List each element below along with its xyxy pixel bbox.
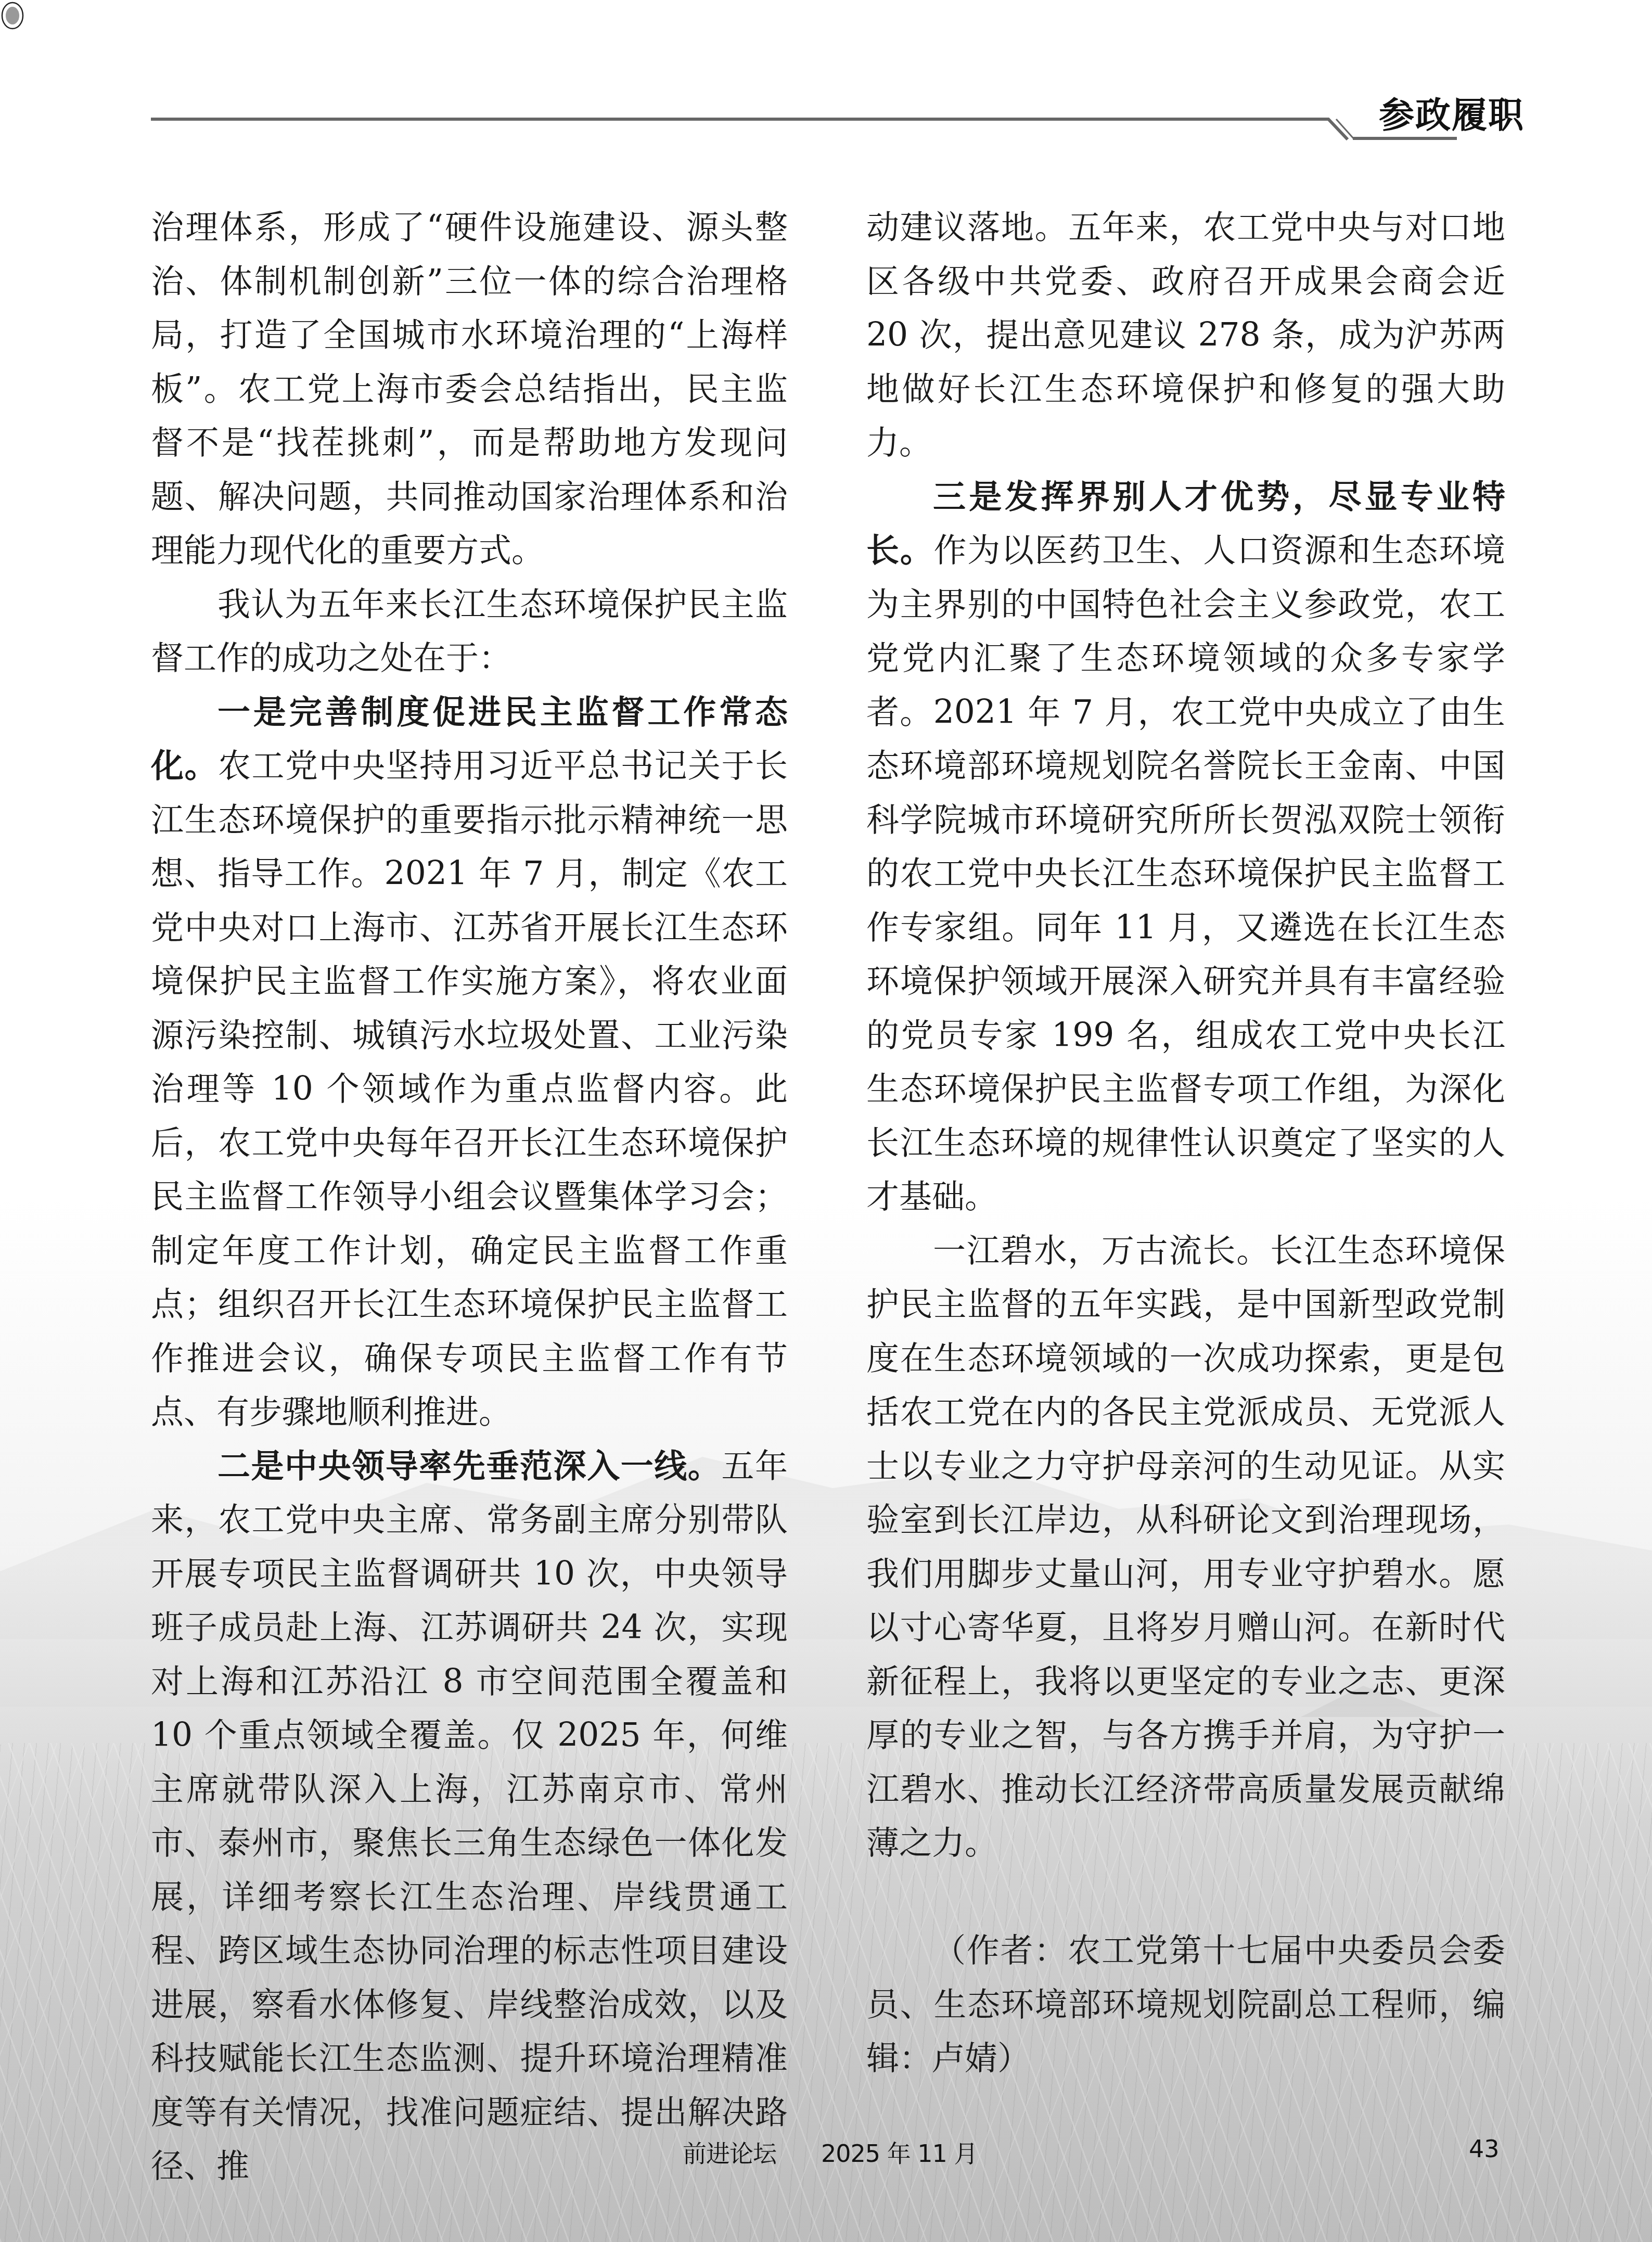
paragraph: 治理体系，形成了“硬件设施建设、源头整治、体制机制创新”三位一体的综合治理格局，… — [151, 200, 788, 578]
page-footer: 前进论坛 2025 年 11 月 43 — [0, 2131, 1652, 2172]
paragraph-text: 动建议落地。五年来，农工党中央与对口地区各级中共党委、政府召开成果会商会近 20… — [866, 208, 1505, 462]
paragraph: 一江碧水，万古流长。长江生态环境保护民主监督的五年实践，是中国新型政党制度在生态… — [866, 1224, 1505, 1870]
paragraph: 一是完善制度促进民主监督工作常态化。农工党中央坚持用习近平总书记关于长江生态环境… — [151, 685, 788, 1439]
paragraph-spacer — [866, 1870, 1505, 1924]
header-rule — [0, 0, 1652, 166]
circle-bullet-icon — [0, 0, 25, 31]
author-note: （作者：农工党第十七届中央委员会委员、生态环境部环境规划院副总工程师，编辑：卢婧… — [866, 1924, 1505, 2085]
paragraph: 二是中央领导率先垂范深入一线。五年来，农工党中央主席、常务副主席分别带队开展专项… — [151, 1439, 788, 2193]
paragraph: 我认为五年来长江生态环境保护民主监督工作的成功之处在于： — [151, 578, 788, 685]
paragraph: 三是发挥界别人才优势，尽显专业特长。作为以医药卫生、人口资源和生态环境为主界别的… — [866, 470, 1505, 1224]
section-title: 参政履职 — [1379, 87, 1525, 138]
paragraph: 动建议落地。五年来，农工党中央与对口地区各级中共党委、政府召开成果会商会近 20… — [866, 200, 1505, 470]
paragraph-text: 作为以医药卫生、人口资源和生态环境为主界别的中国特色社会主义参政党，农工党党内汇… — [866, 531, 1505, 1215]
paragraph-text: 五年来，农工党中央主席、常务副主席分别带队开展专项民主监督调研共 10 次，中央… — [151, 1447, 788, 2185]
paragraph-text: 农工党中央坚持用习近平总书记关于长江生态环境保护的重要指示批示精神统一思想、指导… — [151, 747, 788, 1431]
paragraph-text: 我认为五年来长江生态环境保护民主监督工作的成功之处在于： — [151, 585, 788, 677]
author-note-text: （作者：农工党第十七届中央委员会委员、生态环境部环境规划院副总工程师，编辑：卢婧… — [866, 1931, 1505, 2077]
article-column-right: 动建议落地。五年来，农工党中央与对口地区各级中共党委、政府召开成果会商会近 20… — [866, 200, 1505, 2085]
issue-date: 2025 年 11 月 — [821, 2135, 977, 2169]
publication-name: 前进论坛 — [683, 2135, 776, 2169]
paragraph-text: 治理体系，形成了“硬件设施建设、源头整治、体制机制创新”三位一体的综合治理格局，… — [151, 208, 788, 569]
paragraph-lead-heading: 二是中央领导率先垂范深入一线。 — [217, 1446, 721, 1485]
page-number: 43 — [1469, 2135, 1500, 2163]
article-column-left: 治理体系，形成了“硬件设施建设、源头整治、体制机制创新”三位一体的综合治理格局，… — [151, 200, 788, 2193]
page-header: 参政履职 — [0, 0, 1652, 166]
paragraph-text: 一江碧水，万古流长。长江生态环境保护民主监督的五年实践，是中国新型政党制度在生态… — [866, 1232, 1505, 1862]
